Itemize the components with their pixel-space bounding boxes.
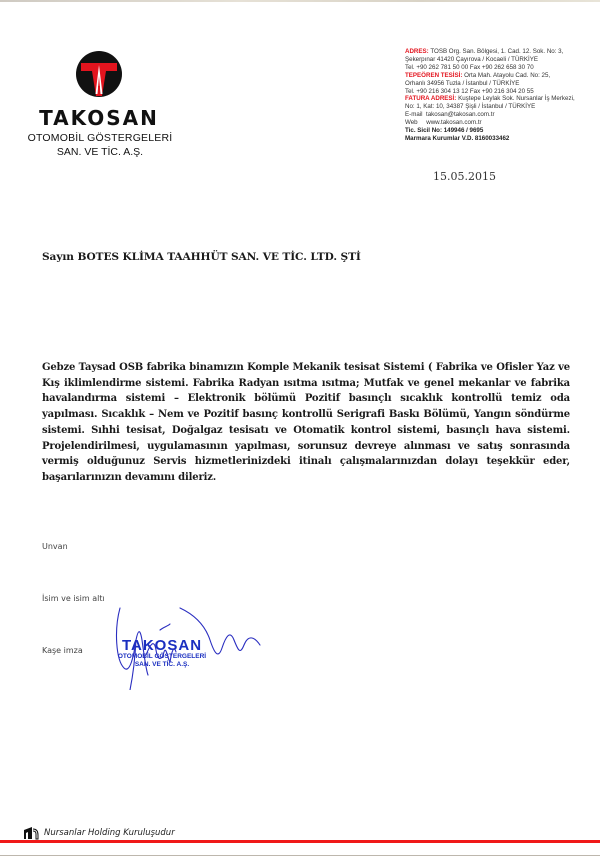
tepeoren-phone: Tel. +90 216 304 13 12 Fax +90 216 304 2… xyxy=(405,88,600,96)
email-line: E-mail takosan@takosan.com.tr xyxy=(405,111,600,119)
footer-red-rule xyxy=(0,840,600,843)
web-line: Web www.takosan.com.tr xyxy=(405,119,600,127)
nursanlar-logo-icon xyxy=(23,826,39,840)
footer-holding-text: Nursanlar Holding Kuruluşudur xyxy=(44,828,175,838)
fatura-label: FATURA ADRESİ: xyxy=(405,95,456,102)
name-label: İsim ve isim altı xyxy=(42,594,105,603)
takosan-logo-icon xyxy=(75,50,123,98)
stamp-label: Kaşe imza xyxy=(42,646,83,655)
company-subtitle-1: OTOMOBİL GÖSTERGELERİ xyxy=(20,132,180,144)
tax-office: Marmara Kurumlar V.D. 8160033462 xyxy=(405,135,600,143)
address-main: ADRES: TOSB Org. San. Bölgesi, 1. Cad. 1… xyxy=(405,48,600,56)
fatura-address: FATURA ADRESİ: Kuştepe Leylak Sok. Nursa… xyxy=(405,95,600,103)
company-name: TAKOSAN xyxy=(32,106,166,130)
email-link: takosan@takosan.com.tr xyxy=(426,111,495,118)
address-label: ADRES: xyxy=(405,48,429,55)
address-block: ADRES: TOSB Org. San. Bölgesi, 1. Cad. 1… xyxy=(405,48,600,143)
handwritten-signature xyxy=(110,600,300,690)
address-phone: Tel. +90 262 781 50 00 Fax +90 262 658 3… xyxy=(405,64,600,72)
letter-body: Gebze Taysad OSB fabrika binamızın Kompl… xyxy=(42,360,570,486)
tepeoren-label: TEPEÖREN TESİSİ: xyxy=(405,72,462,79)
tepeoren-address: TEPEÖREN TESİSİ: Orta Mah. Atayolu Cad. … xyxy=(405,72,600,80)
page-top-edge xyxy=(0,0,600,2)
title-label: Unvan xyxy=(42,542,68,551)
letter-date: 15.05.2015 xyxy=(433,170,496,183)
footer-gray-rule xyxy=(0,855,600,856)
trade-registry: Tic. Sicil No: 149946 / 9695 xyxy=(405,127,600,135)
company-subtitle-2: SAN. VE TİC. A.Ş. xyxy=(20,146,180,158)
recipient: Sayın BOTES KLİMA TAAHHÜT SAN. VE TİC. L… xyxy=(42,251,361,263)
web-link: www.takosan.com.tr xyxy=(426,119,481,126)
